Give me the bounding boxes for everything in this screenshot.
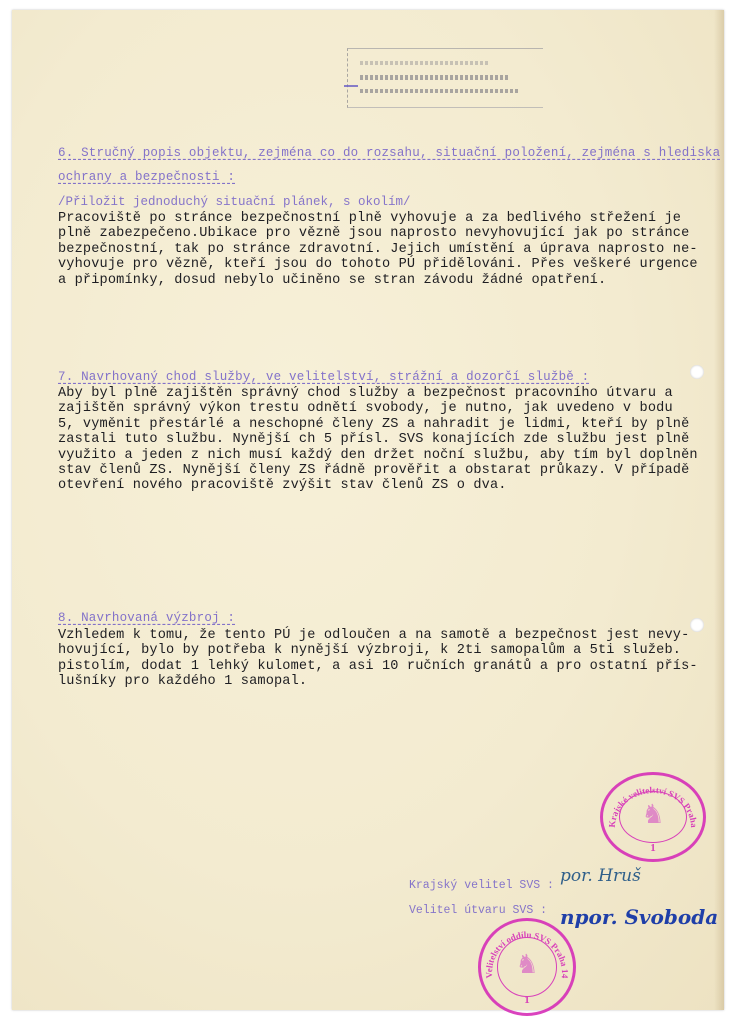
section-7-body: Aby byl plně zajištěn správný chod služb… — [58, 386, 708, 494]
text-line: stav členů ZS. Nynější členy ZS řádně pr… — [58, 463, 708, 478]
section-6-heading-cont: ochrany a bezpečnosti : — [58, 170, 235, 184]
text-line: vyhovuje pro vězně, kteří jsou do tohoto… — [58, 257, 708, 272]
text-line: zastali tuto službu. Nynější ch 5 přísl.… — [58, 432, 708, 447]
text-line: Aby byl plně zajištěn správný chod služb… — [58, 386, 708, 401]
lion-emblem-icon: ♞ — [518, 951, 536, 981]
text-line: Vzhledem k tomu, že tento PÚ je odloučen… — [58, 628, 708, 643]
section-6-body: Pracoviště po stránce bezpečnostní plně … — [58, 211, 708, 288]
lion-emblem-icon: ♞ — [644, 801, 662, 831]
text-line: zajištěn správný výkon trestu odnětí svo… — [58, 401, 708, 416]
unit-commander-signature: npor. Svoboda — [560, 905, 718, 929]
text-line: a připomínky, dosud nebylo učiněno se st… — [58, 273, 708, 288]
stamp-number: 1 — [603, 842, 703, 854]
section-8-heading: 8. Navrhovaná výzbroj : — [58, 611, 235, 625]
text-line: využito a jeden z nich musí každý den dr… — [58, 448, 708, 463]
bleed-through-mark — [344, 85, 358, 87]
text-line: 5, vyměnit přestárlé a neschopné členy Z… — [58, 417, 708, 432]
text-line: hovující, bylo by potřeba k nynější výzb… — [58, 643, 708, 658]
text-line: bezpečnostní, tak po stránce zdravotní. … — [58, 242, 708, 257]
stamp-number: 1 — [481, 994, 573, 1006]
official-stamp-regional: Krajské velitelství SVS Praha ♞ 1 — [600, 772, 706, 862]
document-page — [12, 10, 724, 1010]
regional-commander-label: Krajský velitel SVS : — [409, 879, 554, 892]
text-line: lušníky pro každého 1 samopal. — [58, 674, 708, 689]
unit-commander-label: Velitel útvaru SVS : — [409, 904, 547, 917]
text-line: pistolím, dodat 1 lehký kulomet, a asi 1… — [58, 659, 708, 674]
regional-commander-signature: por. Hruš — [560, 866, 641, 886]
section-6-note: /Přiložit jednoduchý situační plánek, s … — [58, 195, 411, 209]
official-stamp-unit: Velitelství oddílu SVS Praha 14 ♞ 1 — [478, 918, 576, 1016]
text-line: Pracoviště po stránce bezpečnostní plně … — [58, 211, 708, 226]
text-line: plně zabezpečeno.Ubikace pro vězně jsou … — [58, 226, 708, 241]
text-line: otevření nového pracoviště zvýšit stav č… — [58, 478, 708, 493]
bleed-through-stamp — [347, 48, 543, 108]
section-7-heading: 7. Navrhovaný chod služby, ve velitelstv… — [58, 370, 589, 384]
punch-hole — [690, 365, 704, 379]
section-8-body: Vzhledem k tomu, že tento PÚ je odloučen… — [58, 628, 708, 690]
section-6-heading: 6. Stručný popis objektu, zejména co do … — [58, 146, 720, 160]
